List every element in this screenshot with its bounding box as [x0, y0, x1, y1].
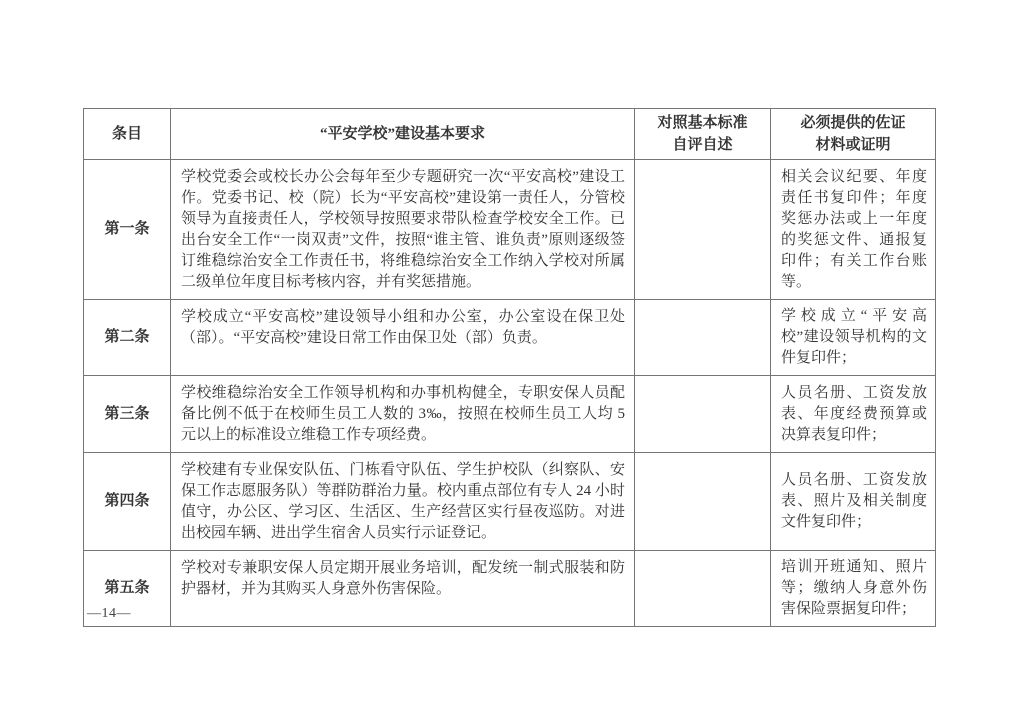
header-self-eval-line2: 自评自述	[636, 134, 769, 156]
cell-self-eval	[635, 453, 771, 551]
header-cell-self-eval: 对照基本标准 自评自述	[635, 109, 771, 160]
cell-self-eval	[635, 300, 771, 376]
cell-evidence: 人员名册、工资发放表、照片及相关制度文件复印件；	[771, 453, 936, 551]
table-row: 第一条 学校党委会或校长办公会每年至少专题研究一次“平安高校”建设工作。党委书记…	[84, 160, 936, 300]
cell-evidence: 相关会议纪要、年度责任书复印件；年度奖惩办法或上一年度的奖惩文件、通报复印件；有…	[771, 160, 936, 300]
cell-evidence: 培训开班通知、照片等；缴纳人身意外伤害保险票据复印件；	[771, 551, 936, 627]
cell-self-eval	[635, 376, 771, 453]
header-cell-item: 条目	[84, 109, 171, 160]
table-row: 第二条 学校成立“平安高校”建设领导小组和办公室，办公室设在保卫处（部）。“平安…	[84, 300, 936, 376]
table-header-row: 条目 “平安学校”建设基本要求 对照基本标准 自评自述 必须提供的佐证 材料或证…	[84, 109, 936, 160]
cell-requirement: 学校建有专业保安队伍、门栋看守队伍、学生护校队（纠察队、安保工作志愿服务队）等群…	[171, 453, 635, 551]
requirements-table: 条目 “平安学校”建设基本要求 对照基本标准 自评自述 必须提供的佐证 材料或证…	[83, 108, 936, 627]
table-row: 第五条 学校对专兼职安保人员定期开展业务培训，配发统一制式服装和防护器材，并为其…	[84, 551, 936, 627]
cell-requirement: 学校成立“平安高校”建设领导小组和办公室，办公室设在保卫处（部）。“平安高校”建…	[171, 300, 635, 376]
cell-requirement: 学校对专兼职安保人员定期开展业务培训，配发统一制式服装和防护器材，并为其购买人身…	[171, 551, 635, 627]
cell-item: 第一条	[84, 160, 171, 300]
header-cell-evidence: 必须提供的佐证 材料或证明	[771, 109, 936, 160]
header-self-eval-line1: 对照基本标准	[636, 112, 769, 134]
table-row: 第三条 学校维稳综治安全工作领导机构和办事机构健全，专职安保人员配备比例不低于在…	[84, 376, 936, 453]
cell-item: 第三条	[84, 376, 171, 453]
header-evidence-line2: 材料或证明	[772, 134, 934, 156]
cell-requirement: 学校党委会或校长办公会每年至少专题研究一次“平安高校”建设工作。党委书记、校（院…	[171, 160, 635, 300]
table-row: 第四条 学校建有专业保安队伍、门栋看守队伍、学生护校队（纠察队、安保工作志愿服务…	[84, 453, 936, 551]
cell-item: 第二条	[84, 300, 171, 376]
document-page: 条目 “平安学校”建设基本要求 对照基本标准 自评自述 必须提供的佐证 材料或证…	[0, 0, 1024, 724]
page-number: —14—	[87, 606, 131, 622]
cell-evidence: 人员名册、工资发放表、年度经费预算或决算表复印件；	[771, 376, 936, 453]
header-cell-requirement: “平安学校”建设基本要求	[171, 109, 635, 160]
header-evidence-line1: 必须提供的佐证	[772, 112, 934, 134]
cell-item: 第四条	[84, 453, 171, 551]
cell-self-eval	[635, 160, 771, 300]
cell-evidence: 学校成立“平安高校”建设领导机构的文件复印件；	[771, 300, 936, 376]
cell-self-eval	[635, 551, 771, 627]
cell-requirement: 学校维稳综治安全工作领导机构和办事机构健全，专职安保人员配备比例不低于在校师生员…	[171, 376, 635, 453]
